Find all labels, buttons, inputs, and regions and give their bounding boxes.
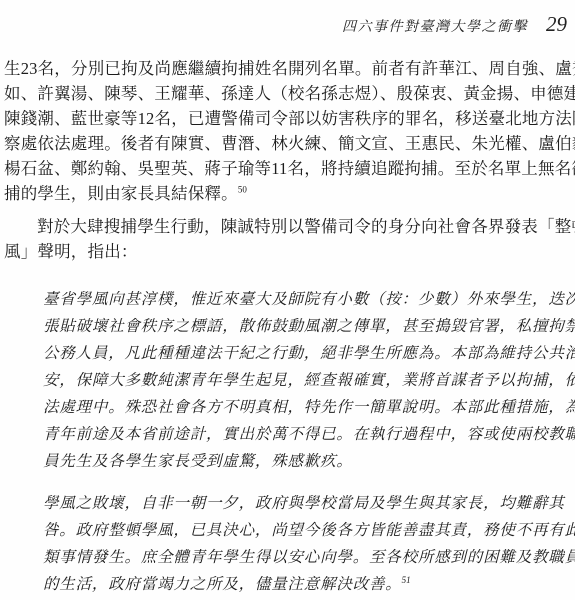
quote-line: 法處理中。殊恐社會各方不明真相，特先作一簡單說明。本部此種措施，為 <box>43 394 571 421</box>
quote-line: 臺省學風向甚淳樸，惟近來臺大及師院有小數（按：少數）外來學生，迭次 <box>43 286 571 313</box>
text-line: 察處依法處理。後者有陳實、曹潛、林火練、簡文宣、王惠民、朱光權、盧伯毅、 <box>4 131 571 156</box>
text-line: 楊石盆、鄭約翰、吳聖英、蔣子瑜等11名，將持續追蹤拘捕。至於名單上無名卻被 <box>4 156 571 181</box>
footnote-ref-50: 50 <box>238 185 247 195</box>
quote-line: 學風之敗壞，自非一朝一夕，政府與學校當局及學生與其家長，均難辭其 <box>43 490 571 517</box>
blockquote-rectify-school-ethos: 臺省學風向甚淳樸，惟近來臺大及師院有小數（按：少數）外來學生，迭次 張貼破壞社會… <box>43 286 571 598</box>
quote-line: 咎。政府整頓學風，已具決心，尚望今後各方皆能善盡其責，務使不再有此 <box>43 517 571 544</box>
text-line: 捕的學生，則由家長具結保釋。50 <box>4 181 571 206</box>
text-line: 對於大肆搜捕學生行動，陳誠特別以警備司令的身分向社會各界發表「整頓學 <box>4 214 571 239</box>
quote-line: 員先生及各學生家長受到虛驚，殊感歉疚。 <box>43 448 571 475</box>
quote-line: 青年前途及本省前途計，實出於萬不得已。在執行過程中，容或使兩校教職 <box>43 421 571 448</box>
text-line: 如、許翼湯、陳琴、王耀華、孫達人（校名孫志煜）、殷葆衷、黃金揚、申德建、 <box>4 81 571 106</box>
text-line: 風」聲明，指出： <box>4 239 571 264</box>
footnote-ref-51: 51 <box>402 575 411 585</box>
document-page: 四六事件對臺灣大學之衝擊 29 生23名，分別已拘及尚應繼續拘捕姓名開列名單。前… <box>0 0 575 600</box>
paragraph-arrest-list: 生23名，分別已拘及尚應繼續拘捕姓名開列名單。前者有許華江、周自強、盧秀 如、許… <box>4 56 571 206</box>
text-segment: 的生活，政府當竭力之所及，儘量注意解決改善。 <box>43 576 402 593</box>
running-title: 四六事件對臺灣大學之衝擊 <box>342 16 528 36</box>
running-head: 四六事件對臺灣大學之衝擊 29 <box>342 12 567 37</box>
quote-line: 張貼破壞社會秩序之標語，散佈鼓動風潮之傳單，甚至搗毀官署，私擅拘禁 <box>43 313 571 340</box>
body-text: 生23名，分別已拘及尚應繼續拘捕姓名開列名單。前者有許華江、周自強、盧秀 如、許… <box>4 56 571 598</box>
quote-line: 安，保障大多數純潔青年學生起見，經查報確實，業將首謀者予以拘捕，依 <box>43 367 571 394</box>
page-number: 29 <box>546 12 567 37</box>
text-line: 陳錢潮、藍世豪等12名，已遭警備司令部以妨害秩序的罪名，移送臺北地方法院檢 <box>4 106 571 131</box>
paragraph-chen-cheng-statement: 對於大肆搜捕學生行動，陳誠特別以警備司令的身分向社會各界發表「整頓學 風」聲明，… <box>4 214 571 264</box>
quote-line: 公務人員，凡此種種違法干紀之行動，絕非學生所應為。本部為維持公共治 <box>43 340 571 367</box>
text-line: 生23名，分別已拘及尚應繼續拘捕姓名開列名單。前者有許華江、周自強、盧秀 <box>4 56 571 81</box>
quote-line: 類事情發生。庶全體青年學生得以安心向學。至各校所感到的困難及教職員 <box>43 544 571 571</box>
quote-line: 的生活，政府當竭力之所及，儘量注意解決改善。51 <box>43 571 571 598</box>
quote-paragraph-2: 學風之敗壞，自非一朝一夕，政府與學校當局及學生與其家長，均難辭其 咎。政府整頓學… <box>43 490 571 598</box>
text-segment: 捕的學生，則由家長具結保釋。 <box>4 184 238 203</box>
quote-paragraph-1: 臺省學風向甚淳樸，惟近來臺大及師院有小數（按：少數）外來學生，迭次 張貼破壞社會… <box>43 286 571 475</box>
